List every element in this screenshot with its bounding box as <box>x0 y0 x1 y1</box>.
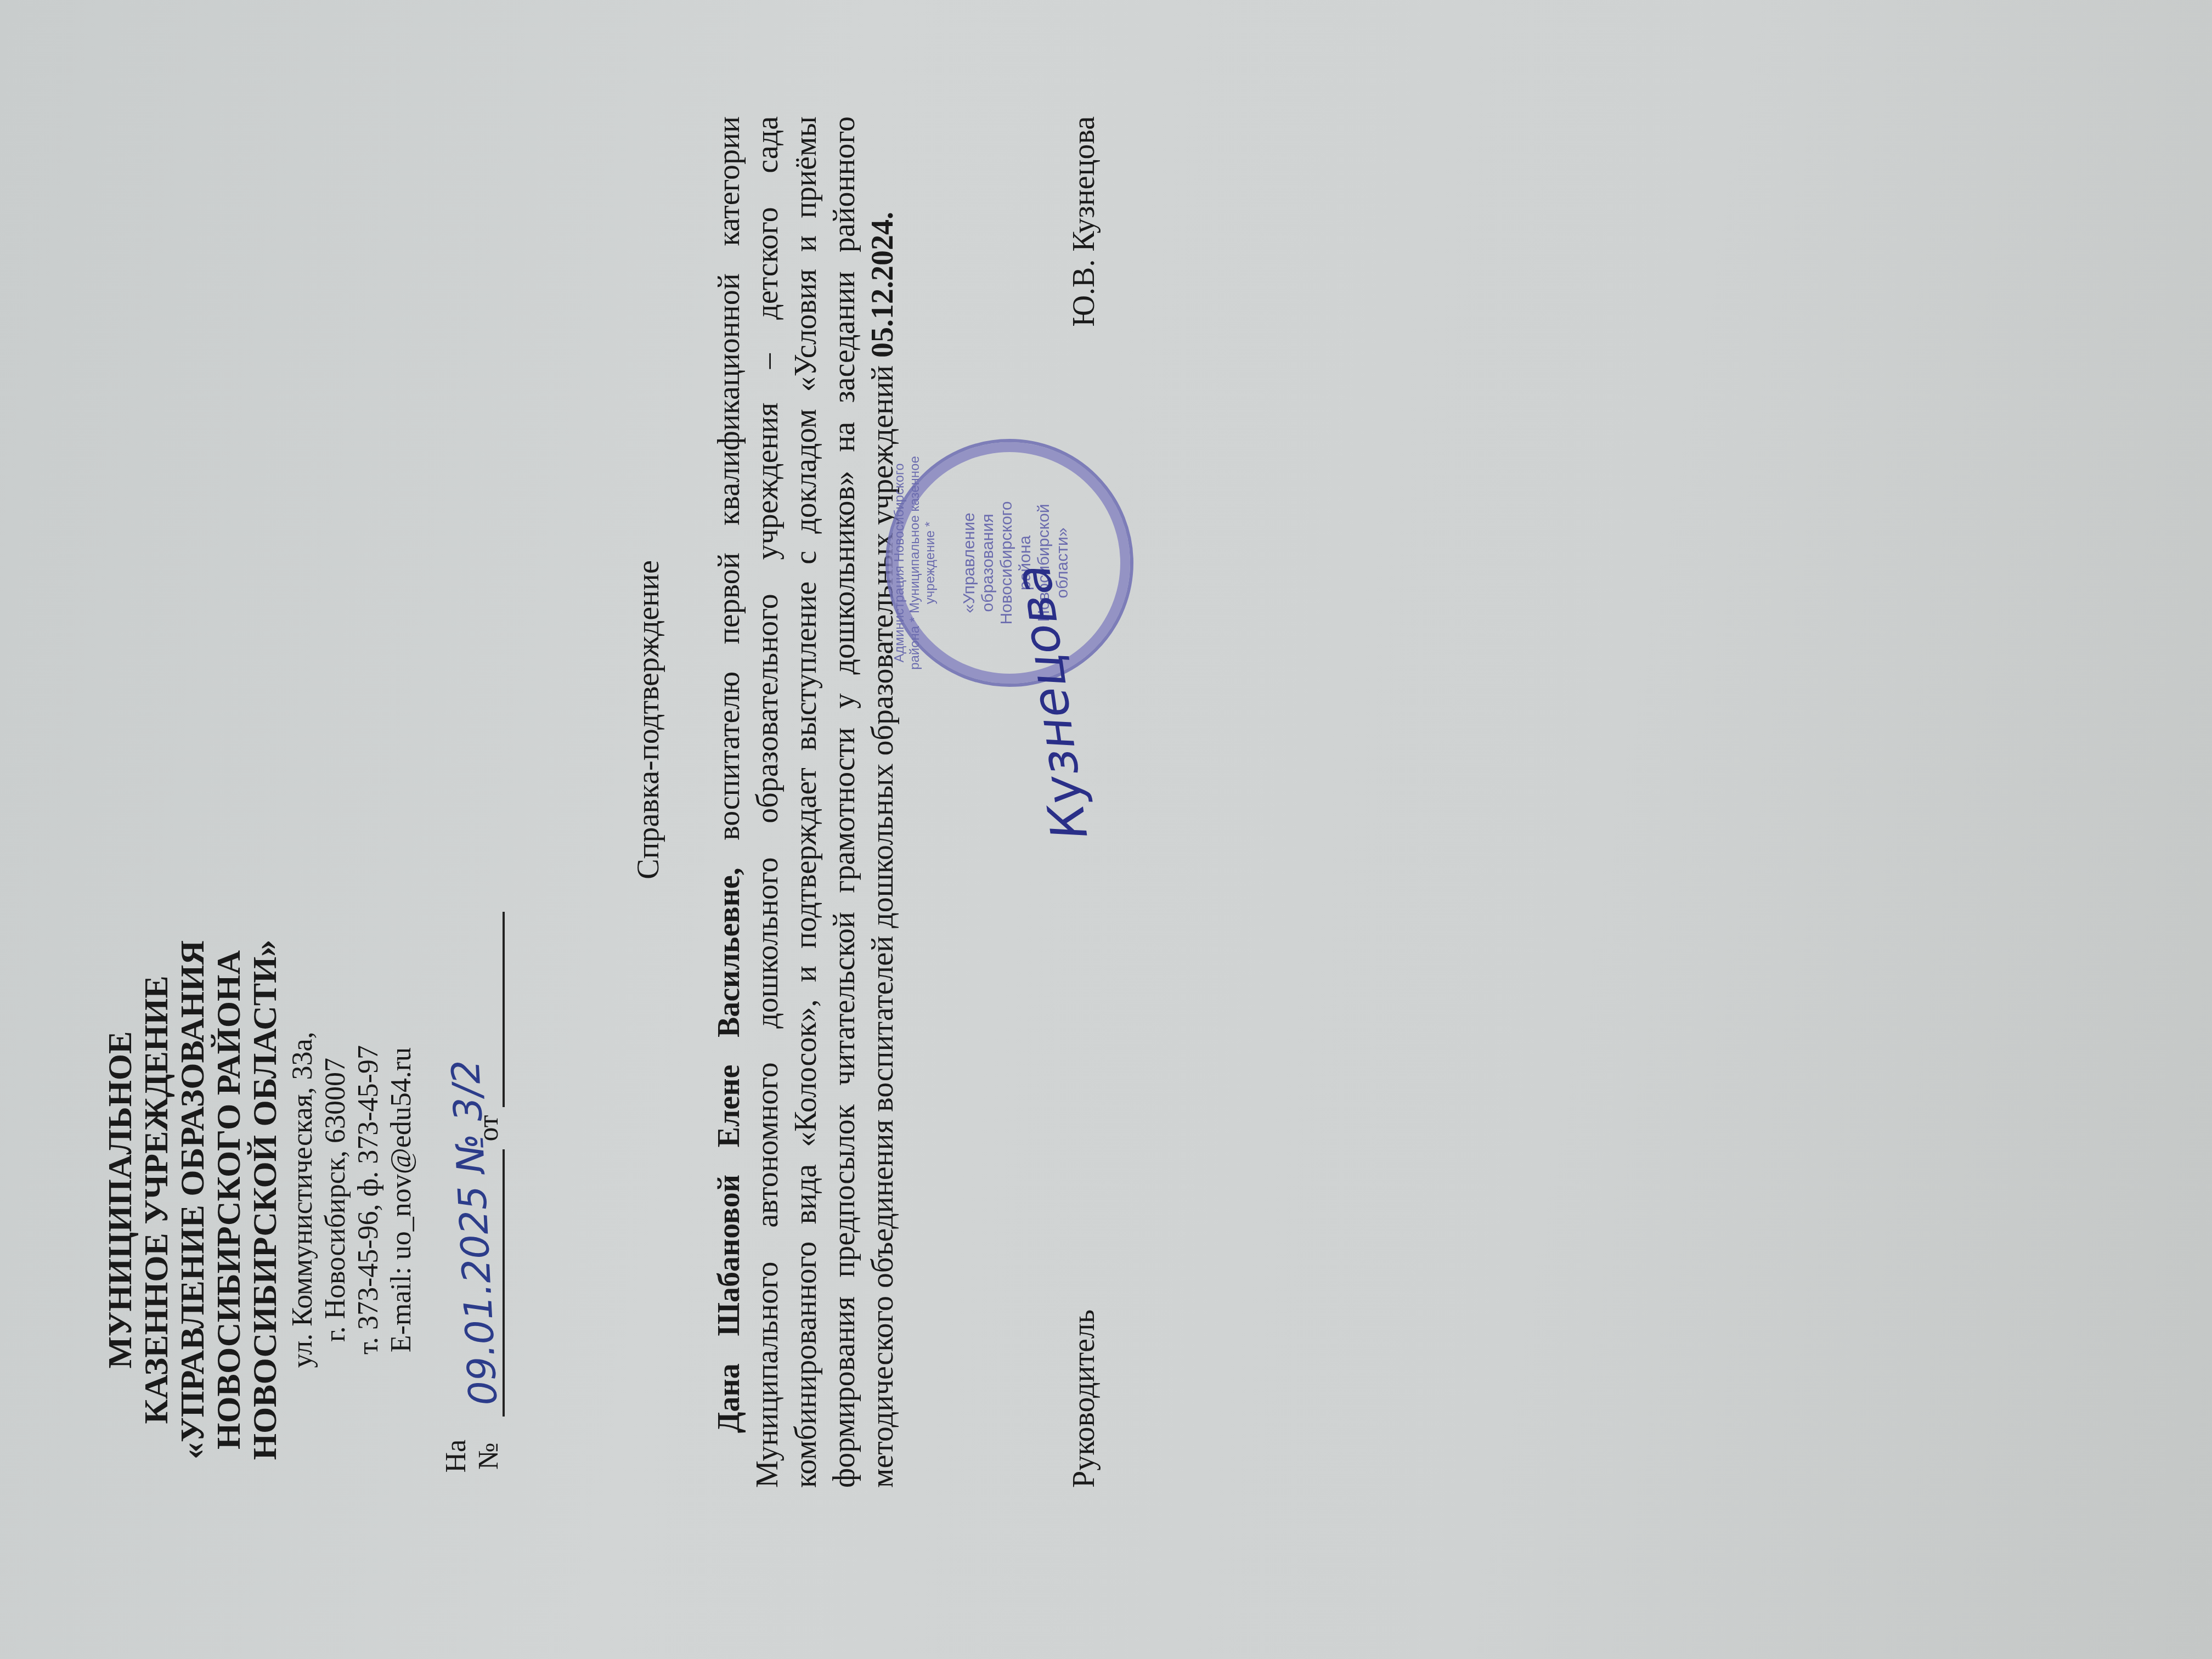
address-line: г. Новосибирск, 630007 <box>319 912 352 1488</box>
registration-line: На № 09.01.2025 № 3/2 от <box>440 912 505 1488</box>
email-line: E-mail: uo_nov@edu54.ru <box>385 912 418 1488</box>
organization-name: МУНИЦИПАЛЬНОЕ КАЗЕННОЕ УЧРЕЖДЕНИЕ «УПРАВ… <box>102 912 283 1488</box>
recipient-name: Дана Шабановой Елене Васильевне, <box>712 867 746 1433</box>
letterhead: МУНИЦИПАЛЬНОЕ КАЗЕННОЕ УЧРЕЖДЕНИЕ «УПРАВ… <box>102 912 505 1488</box>
org-line: «УПРАВЛЕНИЕ ОБРАЗОВАНИЯ <box>174 912 211 1488</box>
address-line: ул. Коммунистическая, 33а, <box>286 912 319 1488</box>
document-title: Справка-подтверждение <box>631 116 666 1488</box>
org-line: НОВОСИБИРСКОГО РАЙОНА <box>211 912 247 1488</box>
stamp-line: «Управление <box>960 492 979 634</box>
event-date: 05.12.2024. <box>866 212 900 358</box>
signature-row: Руководитель Администрация Новосибирског… <box>1066 116 1102 1488</box>
document-page: МУНИЦИПАЛЬНОЕ КАЗЕННОЕ УЧРЕЖДЕНИЕ «УПРАВ… <box>36 34 2176 1625</box>
org-line: КАЗЕННОЕ УЧРЕЖДЕНИЕ <box>138 912 174 1488</box>
phone-line: т. 373-45-96, ф. 373-45-97 <box>352 912 385 1488</box>
org-line: НОВОСИБИРСКОЙ ОБЛАСТИ» <box>247 912 283 1488</box>
reference-number-field: 09.01.2025 № 3/2 <box>470 1149 505 1417</box>
official-stamp: Администрация Новосибирского района * Му… <box>885 439 1133 687</box>
signatory-role: Руководитель <box>1066 1310 1102 1488</box>
date-field <box>470 912 505 1108</box>
org-line: МУНИЦИПАЛЬНОЕ <box>102 912 138 1488</box>
signatory-name: Ю.В. Кузнецова <box>1066 116 1102 327</box>
stamp-line: образования <box>979 492 997 634</box>
stamp-ring-text: Администрация Новосибирского района * Му… <box>892 448 938 678</box>
document-body: Дана Шабановой Елене Васильевне, воспита… <box>710 116 902 1488</box>
reply-to-label: На № <box>440 1424 505 1488</box>
organization-address: ул. Коммунистическая, 33а, г. Новосибирс… <box>286 912 418 1488</box>
handwritten-reference: 09.01.2025 № 3/2 <box>443 1059 506 1407</box>
